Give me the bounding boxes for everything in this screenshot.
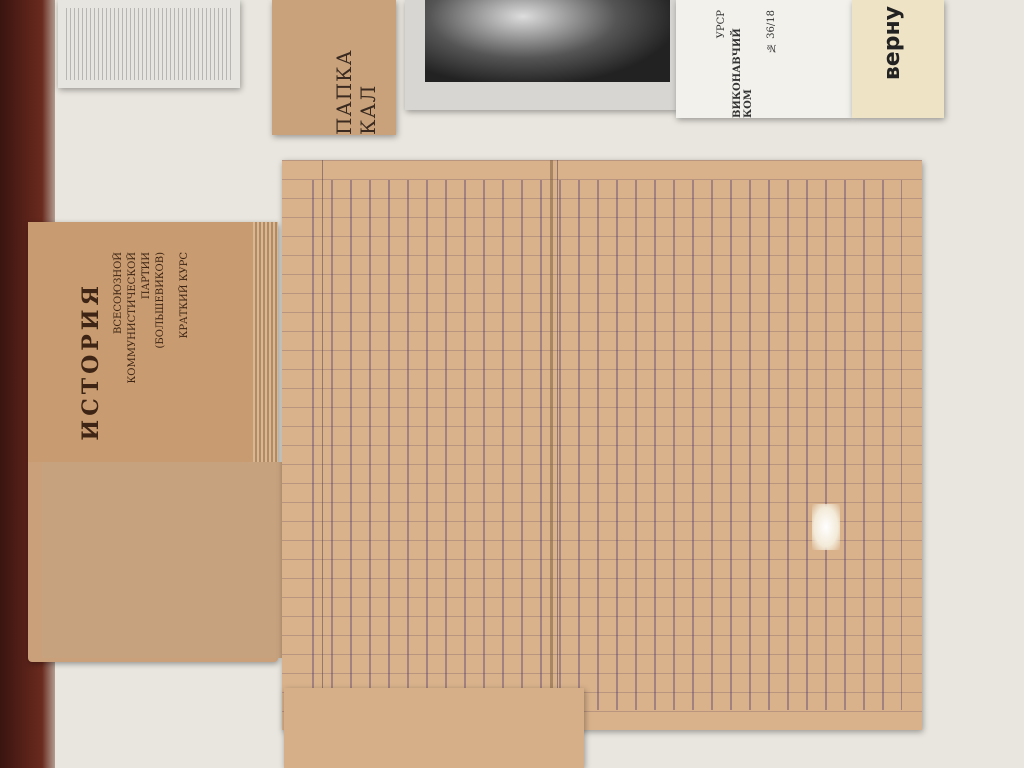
note-text: ПАПКА КАЛ <box>332 10 380 135</box>
doc-line-2: ВИКОНАВЧИЙ КОМ <box>732 10 754 118</box>
display-label: верну <box>852 0 944 118</box>
newspaper-clipping <box>58 0 240 88</box>
book-subtitle-1: ВСЕСОЮЗНОЙ <box>112 252 126 334</box>
portrait-photo <box>405 0 677 110</box>
glass-glare <box>812 504 840 550</box>
book-subtitle-4: (БОЛЬШЕВИКОВ) <box>154 252 168 349</box>
book-subtitle-3: ПАРТИИ <box>140 252 154 299</box>
ledger-sheet-lower <box>284 688 584 768</box>
book-course: КРАТКИЙ КУРС <box>178 252 192 338</box>
label-text: верну <box>880 6 905 80</box>
ledger-sheet <box>282 160 922 730</box>
official-document: УРСР ВИКОНАВЧИЙ КОМ № 36/18 <box>676 0 852 118</box>
handwritten-note: ПАПКА КАЛ <box>272 0 396 135</box>
history-book: ИСТОРИЯ ВСЕСОЮЗНОЙ КОММУНИСТИЧЕСКОЙ ПАРТ… <box>28 222 278 662</box>
doc-line-1: УРСР <box>716 10 727 38</box>
book-subtitle-2: КОММУНИСТИЧЕСКОЙ <box>126 252 140 383</box>
doc-line-3: № 36/18 <box>766 10 777 53</box>
book-title: ИСТОРИЯ <box>78 282 104 441</box>
